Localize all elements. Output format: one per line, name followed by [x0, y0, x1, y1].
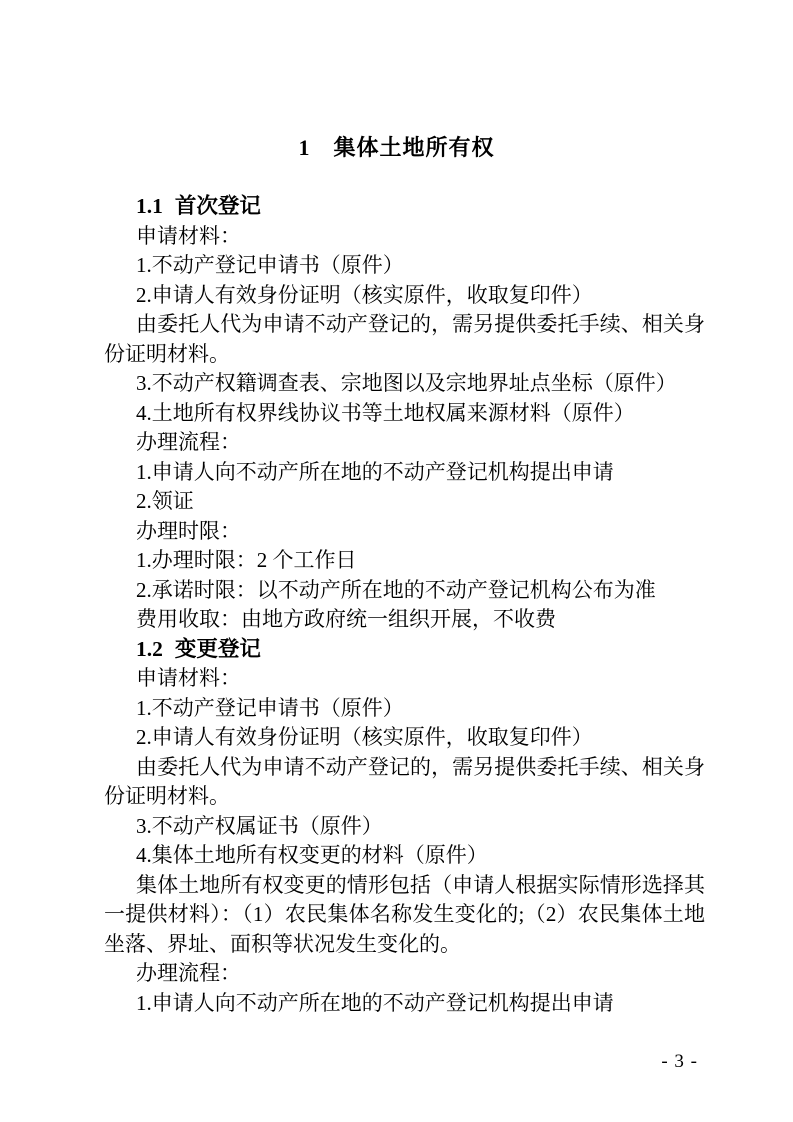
- paragraph: 4.集体土地所有权变更的材料（原件）: [104, 841, 705, 871]
- section-heading: 1.2变更登记: [104, 635, 705, 665]
- paragraph: 办理流程：: [104, 428, 705, 458]
- section-heading: 1.1首次登记: [104, 192, 705, 222]
- paragraph: 2.申请人有效身份证明（核实原件，收取复印件）: [104, 723, 705, 753]
- document-page: 1集体土地所有权 1.1首次登记申请材料：1.不动产登记申请书（原件）2.申请人…: [0, 0, 793, 1122]
- paragraph: 1.申请人向不动产所在地的不动产登记机构提出申请: [104, 989, 705, 1019]
- paragraph: 3.不动产权属证书（原件）: [104, 812, 705, 842]
- chapter-number: 1: [298, 135, 309, 160]
- paragraph: 1.不动产登记申请书（原件）: [104, 694, 705, 724]
- paragraph: 申请材料：: [104, 222, 705, 252]
- paragraph: 1.不动产登记申请书（原件）: [104, 251, 705, 281]
- paragraph: 1.申请人向不动产所在地的不动产登记机构提出申请: [104, 458, 705, 488]
- section-number: 1.1: [136, 194, 163, 218]
- paragraph: 集体土地所有权变更的情形包括（申请人根据实际情形选择其一提供材料）：（1）农民集…: [104, 871, 705, 960]
- paragraph: 办理时限：: [104, 517, 705, 547]
- paragraph: 2.申请人有效身份证明（核实原件，收取复印件）: [104, 281, 705, 311]
- paragraph: 申请材料：: [104, 664, 705, 694]
- chapter-title: 集体土地所有权: [333, 135, 494, 160]
- section-number: 1.2: [136, 637, 163, 661]
- paragraph: 1.办理时限：2 个工作日: [104, 546, 705, 576]
- page-title: 1集体土地所有权: [0, 0, 793, 163]
- section-title: 首次登记: [175, 194, 261, 218]
- section-title: 变更登记: [175, 637, 261, 661]
- paragraph: 由委托人代为申请不动产登记的，需另提供委托手续、相关身份证明材料。: [104, 310, 705, 369]
- paragraph: 办理流程：: [104, 959, 705, 989]
- paragraph: 2.承诺时限：以不动产所在地的不动产登记机构公布为准: [104, 576, 705, 606]
- paragraph: 4.土地所有权界线协议书等土地权属来源材料（原件）: [104, 399, 705, 429]
- paragraph: 2.领证: [104, 487, 705, 517]
- paragraph: 由委托人代为申请不动产登记的，需另提供委托手续、相关身份证明材料。: [104, 753, 705, 812]
- page-number: - 3 -: [661, 1050, 698, 1074]
- document-body: 1.1首次登记申请材料：1.不动产登记申请书（原件）2.申请人有效身份证明（核实…: [0, 192, 793, 1018]
- paragraph: 费用收取：由地方政府统一组织开展，不收费: [104, 605, 705, 635]
- paragraph: 3.不动产权籍调查表、宗地图以及宗地界址点坐标（原件）: [104, 369, 705, 399]
